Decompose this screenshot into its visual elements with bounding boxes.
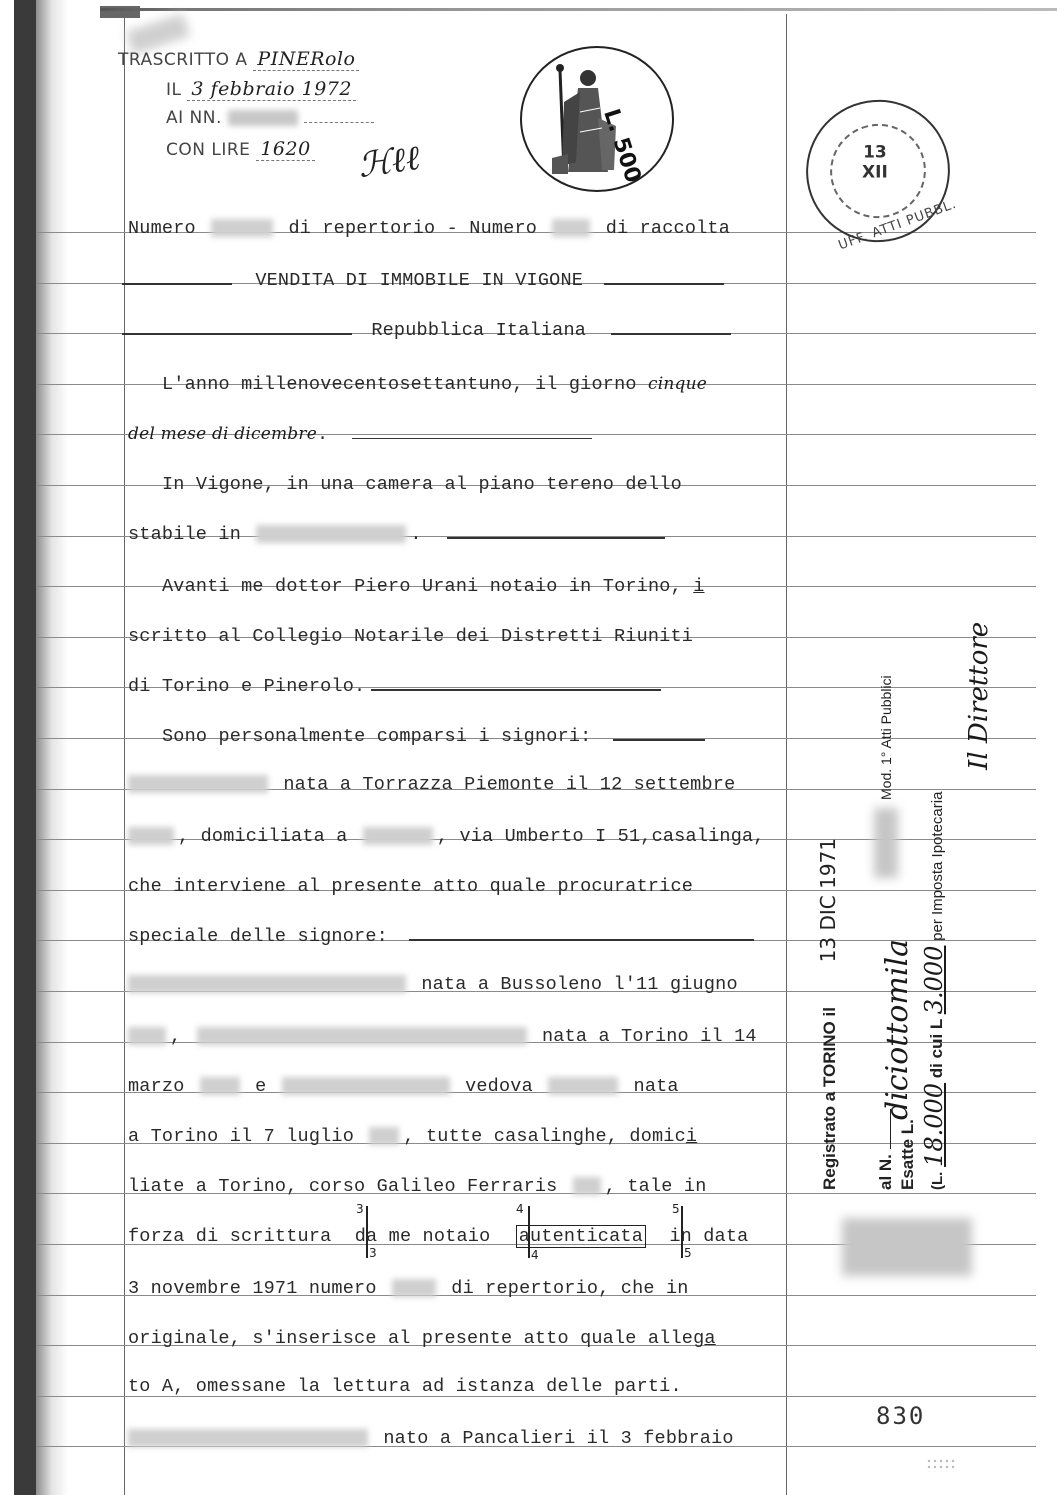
line-text: nata a Bussoleno l'11 giugno — [421, 974, 737, 995]
text-line-9: nata a Torrazza Piemonte il 12 settembre — [128, 774, 735, 795]
line-text: i — [693, 576, 704, 597]
seal-month: XII — [805, 163, 945, 183]
transcription-date-label: IL — [166, 80, 182, 100]
text-line-11: che interviene al presente atto quale pr… — [128, 876, 693, 897]
registration-date: 13 DIC 1971 — [816, 838, 840, 962]
fill-line — [447, 533, 665, 539]
correction-bar-3 — [366, 1206, 368, 1258]
seal-date: 13 XII — [805, 143, 945, 183]
title-line: VENDITA DI IMMOBILE IN VIGONE — [122, 270, 724, 291]
correction-mark: 3 — [369, 1246, 377, 1260]
repertorio-label: di repertorio - Numero — [288, 218, 537, 239]
text-line-13: nata a Bussoleno l'11 giugno — [128, 974, 738, 995]
line-text: , domiciliata a — [178, 826, 348, 847]
text-line-7: di Torino e Pinerolo. — [128, 676, 661, 697]
line-text: L'anno millenovecentosettantuno, il gior… — [162, 374, 637, 395]
text-line-19: 3 novembre 1971 numero di repertorio, ch… — [128, 1278, 689, 1299]
line-text: di Torino e Pinerolo. — [128, 676, 365, 697]
speckle — [926, 1458, 956, 1472]
redacted-repertorio-number — [211, 219, 273, 237]
line-text: a — [704, 1328, 715, 1349]
handwritten-amount: diciottomila — [880, 939, 915, 1120]
registration-label: Registrato a TORINO il — [820, 1007, 839, 1190]
text-line-16: a Torino il 7 luglio , tutte casalinghe,… — [128, 1126, 697, 1147]
text-line-1: L'anno millenovecentosettantuno, il gior… — [162, 374, 707, 395]
redacted-year — [128, 1027, 166, 1045]
fill-line — [613, 735, 705, 741]
line-text: marzo — [128, 1076, 185, 1097]
line-text: scritto al Collegio Notarile dei Distret… — [128, 626, 693, 647]
registration-tax-label: per Imposta Ipotecaria — [929, 792, 946, 941]
fill-line — [352, 434, 592, 439]
transcription-fee: 1620 — [256, 138, 314, 161]
fill-line — [371, 685, 661, 691]
registration-mod: Mod. 1° Atti Pubblici — [878, 675, 894, 800]
fill-line — [122, 279, 232, 285]
numero-label: Numero — [128, 218, 196, 239]
text-line-4: stabile in . — [128, 524, 665, 545]
transcription-date: 3 febbraio 1972 — [187, 78, 356, 101]
line-text: da me notaio — [355, 1226, 491, 1247]
document-subtitle: Repubblica Italiana — [371, 320, 586, 341]
line-text: In Vigone, in una camera al piano tereno… — [162, 474, 682, 495]
correction-mark: 5 — [672, 1202, 680, 1216]
line-text: . — [410, 524, 421, 545]
seal-day: 13 — [805, 143, 945, 163]
transcription-place: PINERolo — [253, 48, 359, 71]
text-line-14: , nata a Torino il 14 — [128, 1026, 757, 1047]
fill-line — [122, 329, 352, 335]
redacted-year — [128, 827, 174, 845]
handwritten-tax: 3.000 — [920, 946, 948, 1015]
line-text: liate a Torino, corso Galileo Ferraris — [128, 1176, 557, 1197]
redacted-address — [256, 525, 406, 543]
text-line-15: marzo e vedova nata — [128, 1076, 679, 1097]
handwritten-total: 18.000 — [920, 1083, 948, 1167]
text-line-2: del mese di dicembre. — [128, 424, 592, 445]
transcription-numbers-row: AI NN. — [118, 108, 418, 138]
handwritten-day: cinque — [648, 374, 707, 394]
revenue-stamp: L. 500 — [520, 46, 674, 192]
registration-line-3: Esatte L. — [898, 1119, 918, 1190]
redacted-house-number — [573, 1177, 601, 1195]
redacted-numbers — [228, 110, 298, 126]
line-text: , — [170, 1026, 181, 1047]
document-title: VENDITA DI IMMOBILE IN VIGONE — [255, 270, 583, 291]
subtitle-line: Repubblica Italiana — [122, 320, 731, 341]
binding-edge — [14, 0, 36, 1495]
registration-line-1: Registrato a TORINO il 13 DIC 1971 — [816, 838, 840, 1190]
line-text: Sono personalmente comparsi i signori: — [162, 726, 591, 747]
right-margin-line — [786, 14, 787, 1495]
line-text: nata a Torrazza Piemonte il 12 settembre — [283, 774, 735, 795]
correction-mark: 3 — [356, 1202, 364, 1216]
line-text: a Torino il 7 luglio — [128, 1126, 354, 1147]
line-text: speciale delle signore: — [128, 926, 388, 947]
line-text: nato a Pancalieri il 3 febbraio — [383, 1428, 733, 1449]
transcription-place-label: TRASCRITTO A — [118, 50, 248, 70]
transcription-numbers-label: AI NN. — [166, 108, 222, 128]
director-signature: Il Direttore — [964, 622, 994, 770]
line-text: e — [255, 1076, 266, 1097]
fill-line — [604, 279, 724, 285]
redacted-margin-block — [842, 1218, 972, 1276]
registration-of-which-label: di cui L — [927, 1019, 946, 1078]
text-line-22: nato a Pancalieri il 3 febbraio — [128, 1428, 734, 1449]
text-line-10: , domiciliata a , via Umberto I 51,casal… — [128, 826, 765, 847]
handwritten-month: del mese di dicembre — [128, 424, 317, 444]
text-line-8: Sono personalmente comparsi i signori: — [162, 726, 705, 747]
registration-line-4: (L. 18.000 di cui L 3.000 per Imposta Ip… — [920, 792, 948, 1190]
redacted-name — [282, 1077, 450, 1095]
dotted-line — [304, 122, 374, 123]
redacted-number — [392, 1279, 436, 1297]
correction-mark: 5 — [684, 1246, 692, 1260]
transcription-date-row: IL 3 febbraio 1972 — [118, 78, 418, 108]
left-margin-line — [124, 14, 125, 1495]
transcription-place-row: TRASCRITTO A PINERolo — [118, 48, 418, 78]
fill-line — [611, 329, 731, 335]
registration-mod-label: Mod. 1° Atti Pubblici — [878, 675, 894, 800]
redacted-raccolta-number — [552, 219, 590, 237]
registration-signature: Il Direttore — [964, 622, 994, 770]
text-line-6: scritto al Collegio Notarile dei Distret… — [128, 626, 693, 647]
redacted-town — [363, 827, 433, 845]
line-text: di repertorio, che in — [451, 1278, 688, 1299]
registration-amount-handwritten: diciottomila — [880, 939, 915, 1120]
text-line-5: Avanti me dottor Piero Urani notaio in T… — [162, 576, 705, 597]
text-line-20: originale, s'inserisce al presente atto … — [128, 1328, 716, 1349]
redacted-year — [200, 1077, 240, 1095]
line-text: 3 novembre 1971 numero — [128, 1278, 377, 1299]
registration-line-2: al N. — [876, 1109, 896, 1190]
text-line-12: speciale delle signore: — [128, 926, 754, 947]
text-line-3: In Vigone, in una camera al piano tereno… — [162, 474, 682, 495]
line-text: , tale in — [605, 1176, 707, 1197]
line-text: forza di scrittura — [128, 1226, 331, 1247]
redacted-stamp-number — [874, 808, 898, 878]
correction-bar-5 — [681, 1206, 683, 1258]
header-line: Numero di repertorio - Numero di raccolt… — [128, 218, 730, 239]
text-line-21: to A, omessane la lettura ad istanza del… — [128, 1376, 682, 1397]
fill-line — [409, 935, 754, 941]
line-text: i — [686, 1126, 697, 1147]
line-text: . — [317, 424, 328, 445]
line-text: to A, omessane la lettura ad istanza del… — [128, 1376, 682, 1397]
page-number: 830 — [876, 1402, 925, 1430]
line-text: nata — [634, 1076, 679, 1097]
top-edge — [100, 8, 1057, 11]
line-text: , tutte casalinghe, domic — [403, 1126, 686, 1147]
redacted-surname — [548, 1077, 618, 1095]
redacted-name — [128, 975, 406, 993]
redacted-year — [369, 1127, 399, 1145]
line-text: nata a Torino il 14 — [542, 1026, 757, 1047]
line-text: stabile in — [128, 524, 241, 545]
correction-mark: 4 — [531, 1248, 539, 1262]
text-line-18: forza di scrittura da me notaio autentic… — [128, 1226, 748, 1247]
transcription-signature: ℋℓℓ — [356, 138, 423, 186]
binding-shadow — [36, 0, 68, 1495]
line-text: , via Umberto I 51,casalinga, — [437, 826, 765, 847]
text-line-17: liate a Torino, corso Galileo Ferraris ,… — [128, 1176, 707, 1197]
raccolta-label: di raccolta — [606, 218, 730, 239]
transcription-fee-label: CON LIRE — [166, 140, 250, 160]
registration-amount-label: Esatte L. — [898, 1119, 917, 1190]
boxed-correction: autenticata — [516, 1225, 646, 1248]
correction-bar-4 — [528, 1206, 530, 1258]
line-text: Avanti me dottor Piero Urani notaio in T… — [162, 576, 693, 597]
redacted-name — [128, 1429, 368, 1447]
redacted-name — [197, 1027, 527, 1045]
registration-number-label: al N. — [876, 1154, 895, 1190]
correction-mark: 4 — [516, 1202, 524, 1216]
line-text: vedova — [465, 1076, 533, 1097]
line-text: che interviene al presente atto quale pr… — [128, 876, 693, 897]
office-seal: 13 XII UFF. ATTI PUBBL. — [786, 80, 970, 263]
redacted-name — [128, 775, 268, 793]
line-text: originale, s'inserisce al presente atto … — [128, 1328, 704, 1349]
